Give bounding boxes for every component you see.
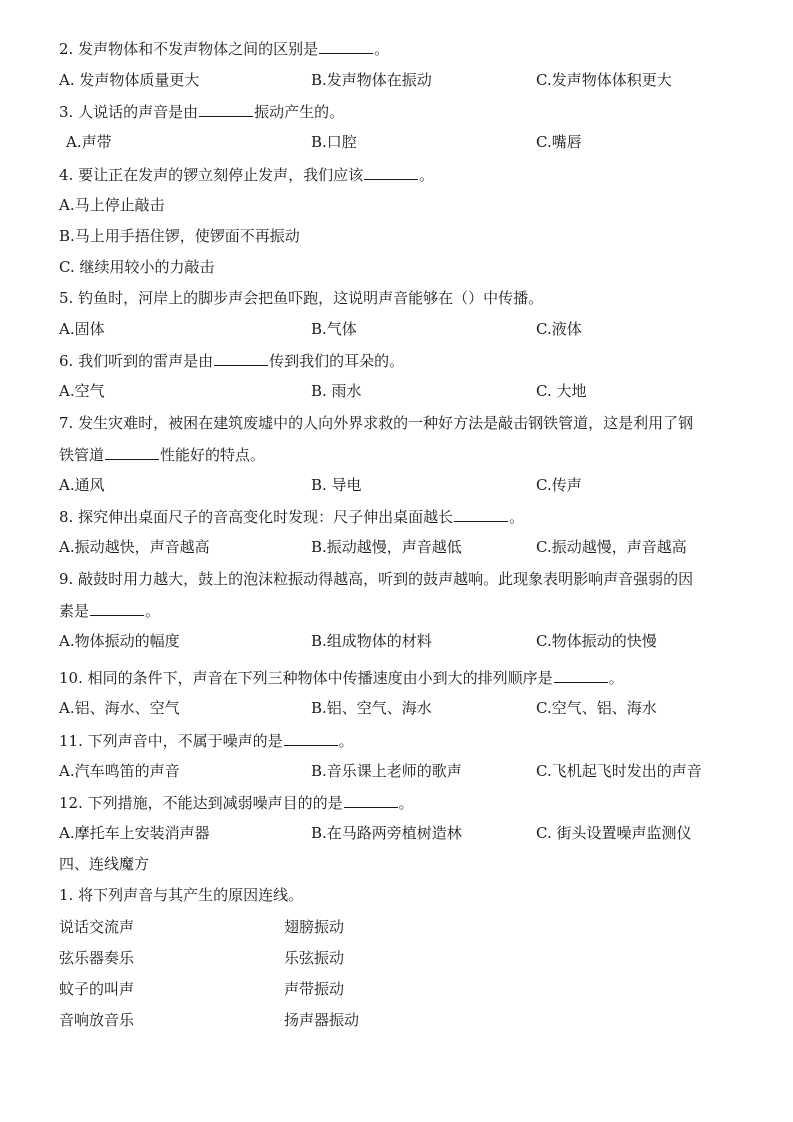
question-2-stem: 2. 发声物体和不发声物体之间的区别是。 xyxy=(59,37,389,59)
matching-right-item: 声带振动 xyxy=(284,978,344,1000)
stem-text: 振动产生的。 xyxy=(254,103,344,121)
question-10-option-a: A.铝、海水、空气 xyxy=(59,697,180,719)
question-12-option-c: C. 街头设置噪声监测仪 xyxy=(536,822,691,844)
question-8-option-b: B.振动越慢，声音越低 xyxy=(311,536,462,558)
stem-text: 。 xyxy=(145,602,160,620)
question-8-stem: 8. 探究伸出桌面尺子的音高变化时发现：尺子伸出桌面越长。 xyxy=(59,505,524,527)
question-7-stem-line2: 铁管道性能好的特点。 xyxy=(59,443,265,465)
matching-left-item: 说话交流声 xyxy=(59,916,134,938)
answer-blank xyxy=(319,37,373,54)
stem-text: 。 xyxy=(339,732,354,750)
stem-text: 10. 相同的条件下，声音在下列三种物体中传播速度由小到大的排列顺序是 xyxy=(59,669,553,687)
question-6-option-b: B. 雨水 xyxy=(311,380,362,402)
stem-text: 传到我们的耳朵的。 xyxy=(269,352,404,370)
question-11-option-b: B.音乐课上老师的歌声 xyxy=(311,760,462,782)
question-4-option-b: B.马上用手捂住锣，使锣面不再振动 xyxy=(59,225,300,247)
stem-text: 2. 发声物体和不发声物体之间的区别是 xyxy=(59,40,318,58)
matching-right-item: 翅膀振动 xyxy=(284,916,344,938)
question-3-option-c: C.嘴唇 xyxy=(536,131,582,153)
stem-text: 铁管道 xyxy=(59,446,104,464)
answer-blank xyxy=(90,599,144,616)
question-2-option-a: A. 发声物体质量更大 xyxy=(59,69,199,91)
question-3-stem: 3. 人说话的声音是由振动产生的。 xyxy=(59,100,344,122)
question-6-option-c: C. 大地 xyxy=(536,380,586,402)
question-9-option-c: C.物体振动的快慢 xyxy=(536,630,657,652)
stem-text: 。 xyxy=(419,166,434,184)
question-5-option-c: C.液体 xyxy=(536,318,582,340)
section-4-title: 四、连线魔方 xyxy=(59,853,149,875)
question-7-option-a: A.通风 xyxy=(59,474,105,496)
stem-text: 性能好的特点。 xyxy=(160,446,265,464)
matching-right-item: 扬声器振动 xyxy=(284,1009,359,1031)
stem-text: 4. 要让正在发声的锣立刻停止发声，我们应该 xyxy=(59,166,363,184)
question-7-option-c: C.传声 xyxy=(536,474,582,496)
question-3-option-a: A.声带 xyxy=(66,131,112,153)
question-2-option-c: C.发声物体体积更大 xyxy=(536,69,672,91)
answer-blank xyxy=(105,443,159,460)
question-7-stem-line1: 7. 发生灾难时，被困在建筑废墟中的人向外界求救的一种好方法是敲击钢铁管道，这是… xyxy=(59,412,693,434)
question-2-option-b: B.发声物体在振动 xyxy=(311,69,432,91)
question-9-stem-line2: 素是。 xyxy=(59,599,160,621)
answer-blank xyxy=(199,100,253,117)
question-12-option-a: A.摩托车上安装消声器 xyxy=(59,822,210,844)
stem-text: 12. 下列措施，不能达到减弱噪声目的的是 xyxy=(59,794,343,812)
question-10-stem: 10. 相同的条件下，声音在下列三种物体中传播速度由小到大的排列顺序是。 xyxy=(59,666,624,688)
question-6-stem: 6. 我们听到的雷声是由传到我们的耳朵的。 xyxy=(59,349,404,371)
answer-blank xyxy=(364,163,418,180)
section-4-instruction: 1. 将下列声音与其产生的原因连线。 xyxy=(59,884,303,906)
question-8-option-a: A.振动越快，声音越高 xyxy=(59,536,210,558)
question-6-option-a: A.空气 xyxy=(59,380,105,402)
question-5-stem: 5. 钓鱼时，河岸上的脚步声会把鱼吓跑，这说明声音能够在（）中传播。 xyxy=(59,287,543,309)
question-9-stem-line1: 9. 敲鼓时用力越大，鼓上的泡沫粒振动得越高，听到的鼓声越响。此现象表明影响声音… xyxy=(59,568,693,590)
stem-text: 素是 xyxy=(59,602,89,620)
answer-blank xyxy=(284,729,338,746)
stem-text: 。 xyxy=(374,40,389,58)
question-8-option-c: C.振动越慢，声音越高 xyxy=(536,536,687,558)
question-10-option-c: C.空气、铝、海水 xyxy=(536,697,657,719)
question-3-option-b: B.口腔 xyxy=(311,131,357,153)
answer-blank xyxy=(214,349,268,366)
question-4-stem: 4. 要让正在发声的锣立刻停止发声，我们应该。 xyxy=(59,163,434,185)
stem-text: 。 xyxy=(399,794,414,812)
question-4-option-a: A.马上停止敲击 xyxy=(59,194,165,216)
stem-text: 8. 探究伸出桌面尺子的音高变化时发现：尺子伸出桌面越长 xyxy=(59,508,453,526)
question-5-option-b: B.气体 xyxy=(311,318,357,340)
matching-left-item: 音响放音乐 xyxy=(59,1009,134,1031)
question-4-option-c: C. 继续用较小的力敲击 xyxy=(59,256,214,278)
question-9-option-a: A.物体振动的幅度 xyxy=(59,630,180,652)
stem-text: 。 xyxy=(509,508,524,526)
stem-text: 。 xyxy=(609,669,624,687)
matching-right-item: 乐弦振动 xyxy=(284,947,344,969)
stem-text: 11. 下列声音中，不属于噪声的是 xyxy=(59,732,283,750)
stem-text: 6. 我们听到的雷声是由 xyxy=(59,352,213,370)
question-5-option-a: A.固体 xyxy=(59,318,105,340)
answer-blank xyxy=(554,666,608,683)
answer-blank xyxy=(344,791,398,808)
question-12-stem: 12. 下列措施，不能达到减弱噪声目的的是。 xyxy=(59,791,414,813)
matching-left-item: 弦乐器奏乐 xyxy=(59,947,134,969)
answer-blank xyxy=(454,505,508,522)
question-7-option-b: B. 导电 xyxy=(311,474,362,496)
question-12-option-b: B.在马路两旁植树造林 xyxy=(311,822,462,844)
matching-left-item: 蚊子的叫声 xyxy=(59,978,134,1000)
question-11-option-a: A.汽车鸣笛的声音 xyxy=(59,760,180,782)
question-11-stem: 11. 下列声音中，不属于噪声的是。 xyxy=(59,729,354,751)
question-10-option-b: B.铝、空气、海水 xyxy=(311,697,432,719)
question-9-option-b: B.组成物体的材料 xyxy=(311,630,432,652)
question-11-option-c: C.飞机起飞时发出的声音 xyxy=(536,760,702,782)
stem-text: 3. 人说话的声音是由 xyxy=(59,103,198,121)
